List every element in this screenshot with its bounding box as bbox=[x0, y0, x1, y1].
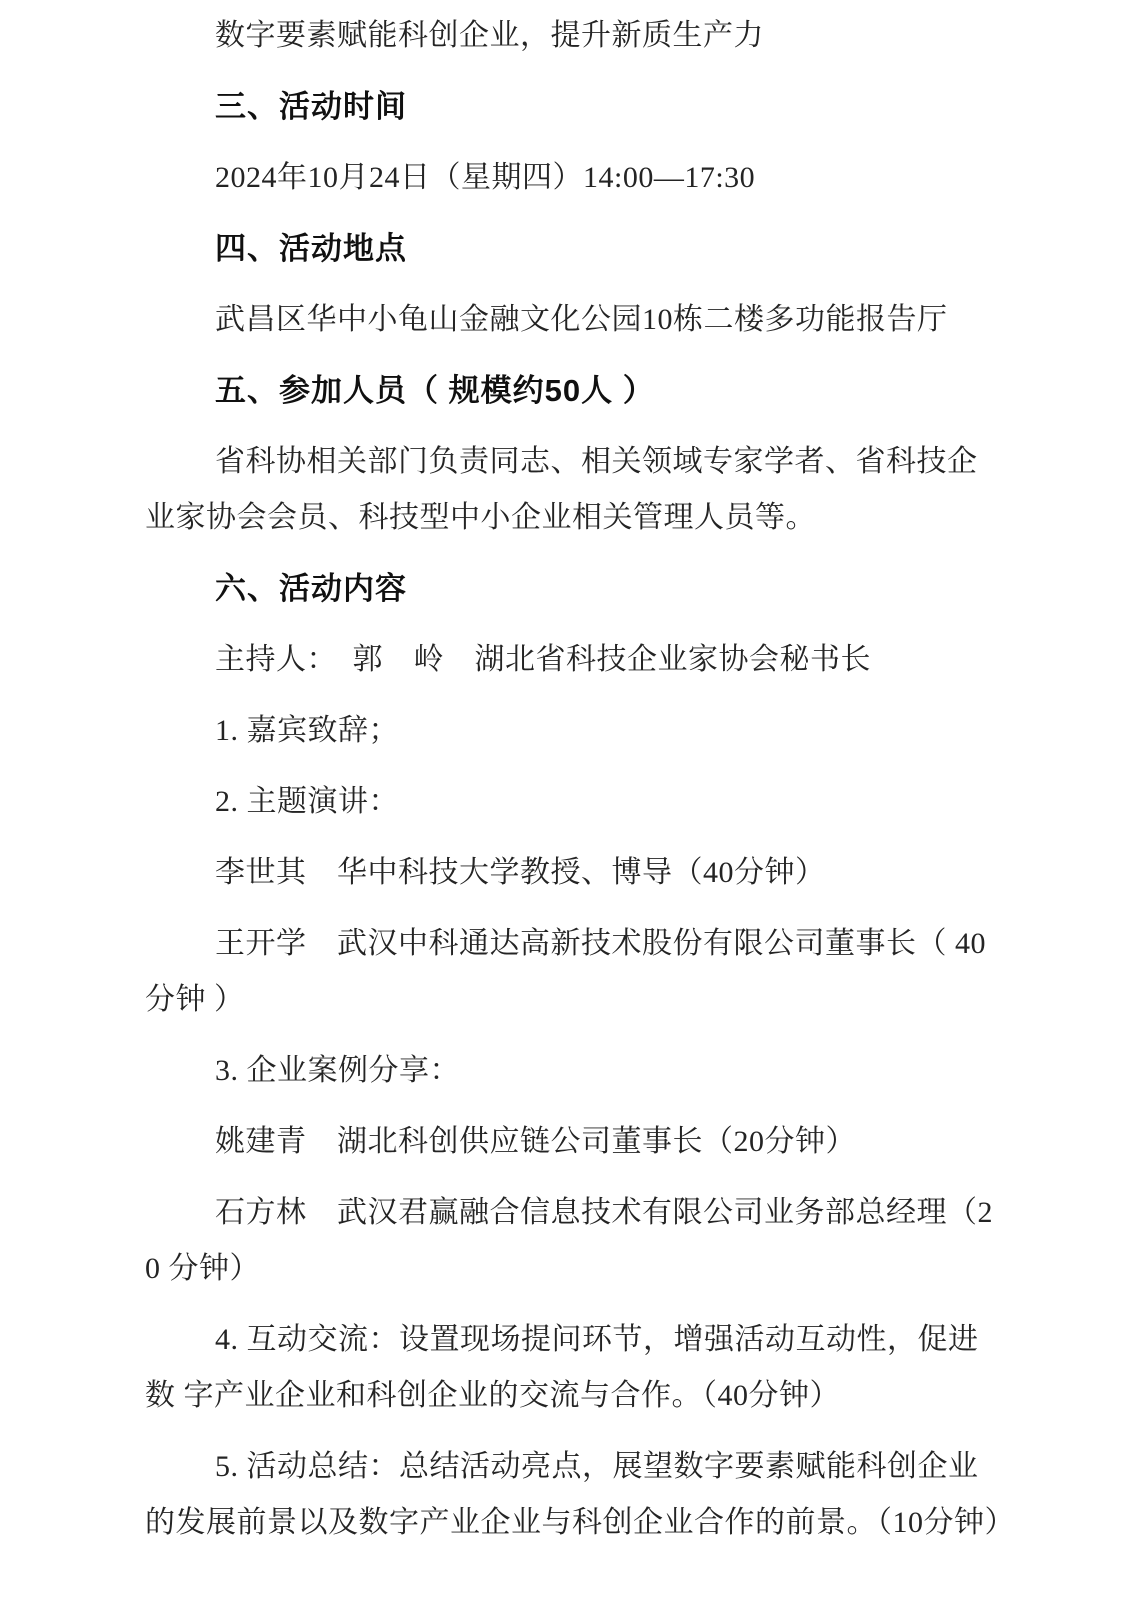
text-line-event-datetime: 2024年10月24日（星期四）14:00—17:30 bbox=[145, 150, 1001, 206]
text-line-speaker-wangkaixue-1: 王开学 武汉中科通达高新技术股份有限公司董事长（ 40 bbox=[145, 916, 1001, 972]
text-line-speaker-lishiqi: 李世其 华中科技大学教授、博导（40分钟） bbox=[145, 845, 1001, 901]
text-line-speaker-shifanglin-1: 石方林 武汉君赢融合信息技术有限公司业务部总经理（2 bbox=[145, 1185, 1001, 1241]
text-line-item-4-interaction-1: 4. 互动交流：设置现场提问环节，增强活动互动性，促进 bbox=[145, 1312, 1001, 1368]
text-line-speaker-shifanglin-2: 0 分钟） bbox=[145, 1241, 1001, 1297]
text-line-participants-2: 业家协会会员、科技型中小企业相关管理人员等。 bbox=[145, 490, 1001, 546]
text-line-item-5-summary-2: 的发展前景以及数字产业企业与科创企业合作的前景。（10分钟） bbox=[145, 1495, 1001, 1551]
text-line-theme-tail: 数字要素赋能科创企业，提升新质生产力 bbox=[145, 8, 1001, 64]
text-line-host: 主持人： 郭 岭 湖北省科技企业家协会秘书长 bbox=[145, 632, 1001, 688]
text-line-speaker-wangkaixue-2: 分钟 ） bbox=[145, 972, 1001, 1028]
text-line-speaker-yaojianqing: 姚建青 湖北科创供应链公司董事长（20分钟） bbox=[145, 1114, 1001, 1170]
text-line-item-5-summary-1: 5. 活动总结：总结活动亮点，展望数字要素赋能科创企业 bbox=[145, 1439, 1001, 1495]
text-line-event-location: 武昌区华中小龟山金融文化公园10栋二楼多功能报告厅 bbox=[145, 292, 1001, 348]
text-line-item-3-cases: 3. 企业案例分享： bbox=[145, 1043, 1001, 1099]
heading-activity-place: 四、活动地点 bbox=[145, 221, 1001, 277]
heading-participants: 五、参加人员（ 规模约50人 ） bbox=[145, 363, 1001, 419]
heading-activity-time: 三、活动时间 bbox=[145, 79, 1001, 135]
document-page: 数字要素赋能科创企业，提升新质生产力 三、活动时间 2024年10月24日（星期… bbox=[0, 0, 1131, 1600]
text-line-participants-1: 省科协相关部门负责同志、相关领域专家学者、省科技企 bbox=[145, 434, 1001, 490]
heading-activity-content: 六、活动内容 bbox=[145, 561, 1001, 617]
text-line-item-2-keynote: 2. 主题演讲： bbox=[145, 774, 1001, 830]
text-line-item-1-greeting: 1. 嘉宾致辞； bbox=[145, 703, 1001, 759]
text-line-item-4-interaction-2: 数 字产业企业和科创企业的交流与合作。（40分钟） bbox=[145, 1368, 1001, 1424]
